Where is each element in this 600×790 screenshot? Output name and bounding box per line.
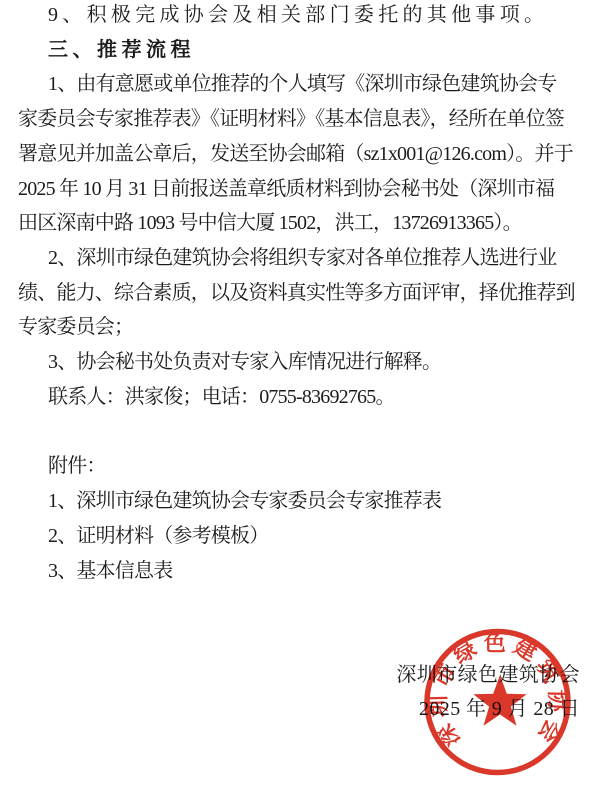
- document-page: 9、积极完成协会及相关部门委托的其他事项。 三、推荐流程 1、由有意愿或单位推荐…: [0, 0, 600, 790]
- blank-line: [18, 415, 582, 450]
- attachment-item: 1、深圳市绿色建筑协会专家委员会专家推荐表: [18, 484, 582, 519]
- attachments-heading: 附件：: [18, 449, 582, 484]
- text-line: 2、深圳市绿色建筑协会将组织专家对各单位推荐人选进行业: [18, 241, 582, 276]
- text-line: 专家委员会；: [18, 310, 582, 345]
- text-line: 家委员会专家推荐表》《证明材料》《基本信息表》，经所在单位签: [18, 102, 582, 137]
- attachment-item: 2、证明材料（参考模板）: [18, 519, 582, 554]
- document-body: 9、积极完成协会及相关部门委托的其他事项。 三、推荐流程 1、由有意愿或单位推荐…: [18, 0, 582, 727]
- contact-line: 联系人：洪家俊；电话：0755-83692765。: [18, 380, 582, 415]
- official-seal: 深圳市绿色建筑协会: [419, 624, 576, 781]
- text-line: 9、积极完成协会及相关部门委托的其他事项。: [18, 0, 582, 33]
- text-line: 2025 年 10 月 31 日前报送盖章纸质材料到协会秘书处（深圳市福: [18, 172, 582, 207]
- section-heading: 三、推荐流程: [18, 33, 582, 68]
- seal-star-icon: [473, 675, 526, 726]
- text-line: 田区深南中路 1093 号中信大厦 1502，洪工，13726913365）。: [18, 206, 582, 241]
- text-line: 1、由有意愿或单位推荐的个人填写《深圳市绿色建筑协会专: [18, 67, 582, 102]
- attachment-item: 3、基本信息表: [18, 554, 582, 589]
- text-line: 绩、能力、综合素质，以及资料真实性等多方面评审，择优推荐到: [18, 276, 582, 311]
- text-line: 3、协会秘书处负责对专家入库情况进行解释。: [18, 345, 582, 380]
- text-line: 署意见并加盖公章后，发送至协会邮箱（sz1x001@126.com）。并于: [18, 137, 582, 172]
- blank-line: [18, 588, 582, 623]
